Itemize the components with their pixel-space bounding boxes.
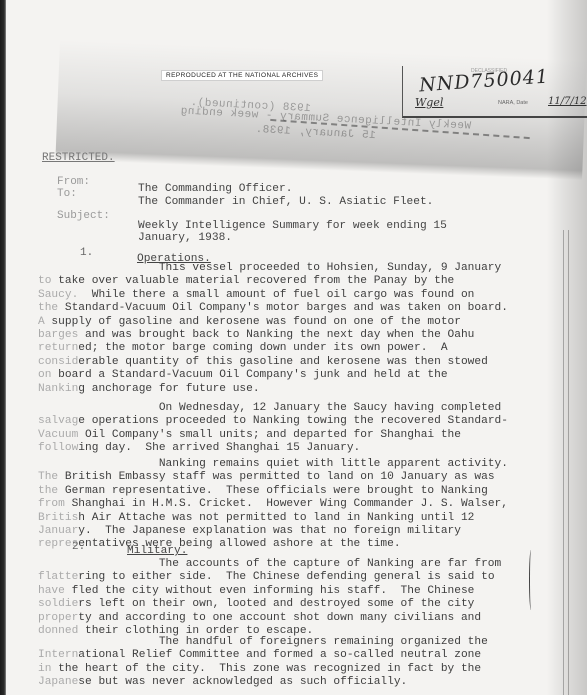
- from-value: The Commanding Officer.: [138, 183, 292, 196]
- text-line: salvage operations proceeded to Nanking …: [38, 415, 538, 428]
- text-line: from Shanghai in H.M.S. Cricket. However…: [38, 498, 538, 511]
- text-line: British Air Attache was not permitted to…: [38, 512, 538, 525]
- text-line: returned; the motor barge coming down un…: [38, 342, 538, 355]
- to-label: To:: [57, 188, 77, 201]
- text-line: the Standard-Vacuum Oil Company's motor …: [38, 302, 538, 315]
- text-line: representatives were being allowed ashor…: [38, 538, 538, 551]
- text-line: This vessel proceeded to Hohsien, Sunday…: [38, 262, 538, 275]
- text-line: considerable quantity of this gasoline a…: [38, 356, 538, 369]
- text-line: to take over valuable material recovered…: [38, 275, 538, 288]
- handwritten-margin-mark: [529, 550, 533, 610]
- text-line: on board a Standard-Vacuum Oil Company's…: [38, 369, 538, 382]
- text-line: Saucy. While there a small amount of fue…: [38, 289, 538, 302]
- text-line: property and according to one account sh…: [38, 612, 538, 625]
- text-line: Nanking anchorage for future use.: [38, 383, 538, 396]
- text-line: have fled the city without even informin…: [38, 585, 538, 598]
- subject-line: January, 1938.: [138, 232, 232, 245]
- text-line: Nanking remains quiet with little appare…: [38, 458, 538, 471]
- text-line: International Relief Committee and forme…: [38, 649, 538, 662]
- text-line: the German representative. These officia…: [38, 485, 538, 498]
- paragraph: This vessel proceeded to Hohsien, Sunday…: [38, 262, 538, 396]
- text-line: A supply of gasoline and kerosene was fo…: [38, 316, 538, 329]
- to-value: The Commander in Chief, U. S. Asiatic Fl…: [138, 196, 433, 209]
- classification-marking: RESTRICTED.: [42, 152, 115, 165]
- paragraph: The handful of foreigners remaining orga…: [38, 636, 538, 690]
- text-line: in the heart of the city. This zone was …: [38, 663, 538, 676]
- text-line: The accounts of the capture of Nanking a…: [38, 558, 538, 571]
- text-line: January. The Japanese explanation was th…: [38, 525, 538, 538]
- paragraph: On Wednesday, 12 January the Saucy havin…: [38, 402, 538, 456]
- text-line: On Wednesday, 12 January the Saucy havin…: [38, 402, 538, 415]
- subject-label: Subject:: [57, 210, 110, 223]
- text-line: following day. She arrived Shanghai 15 J…: [38, 442, 538, 455]
- text-line: soldiers left on their own, looted and d…: [38, 598, 538, 611]
- paragraph: Nanking remains quiet with little appare…: [38, 458, 538, 552]
- paragraph: The accounts of the capture of Nanking a…: [38, 558, 538, 638]
- text-line: Japanese but was never acknowledged as s…: [38, 676, 538, 689]
- section-number: 1.: [80, 247, 93, 260]
- text-line: flattering to either side. The Chinese d…: [38, 571, 538, 584]
- section-number: 2.: [72, 541, 85, 554]
- section-title-military: Military.: [127, 545, 187, 558]
- document-page: RESTRICTED. From: The Commanding Officer…: [0, 0, 587, 695]
- text-line: The handful of foreigners remaining orga…: [38, 636, 538, 649]
- text-line: Vacuum Oil Company's small units; and de…: [38, 429, 538, 442]
- text-line: The British Embassy staff was permitted …: [38, 471, 538, 484]
- text-line: barges and was brought back to Nanking t…: [38, 329, 538, 342]
